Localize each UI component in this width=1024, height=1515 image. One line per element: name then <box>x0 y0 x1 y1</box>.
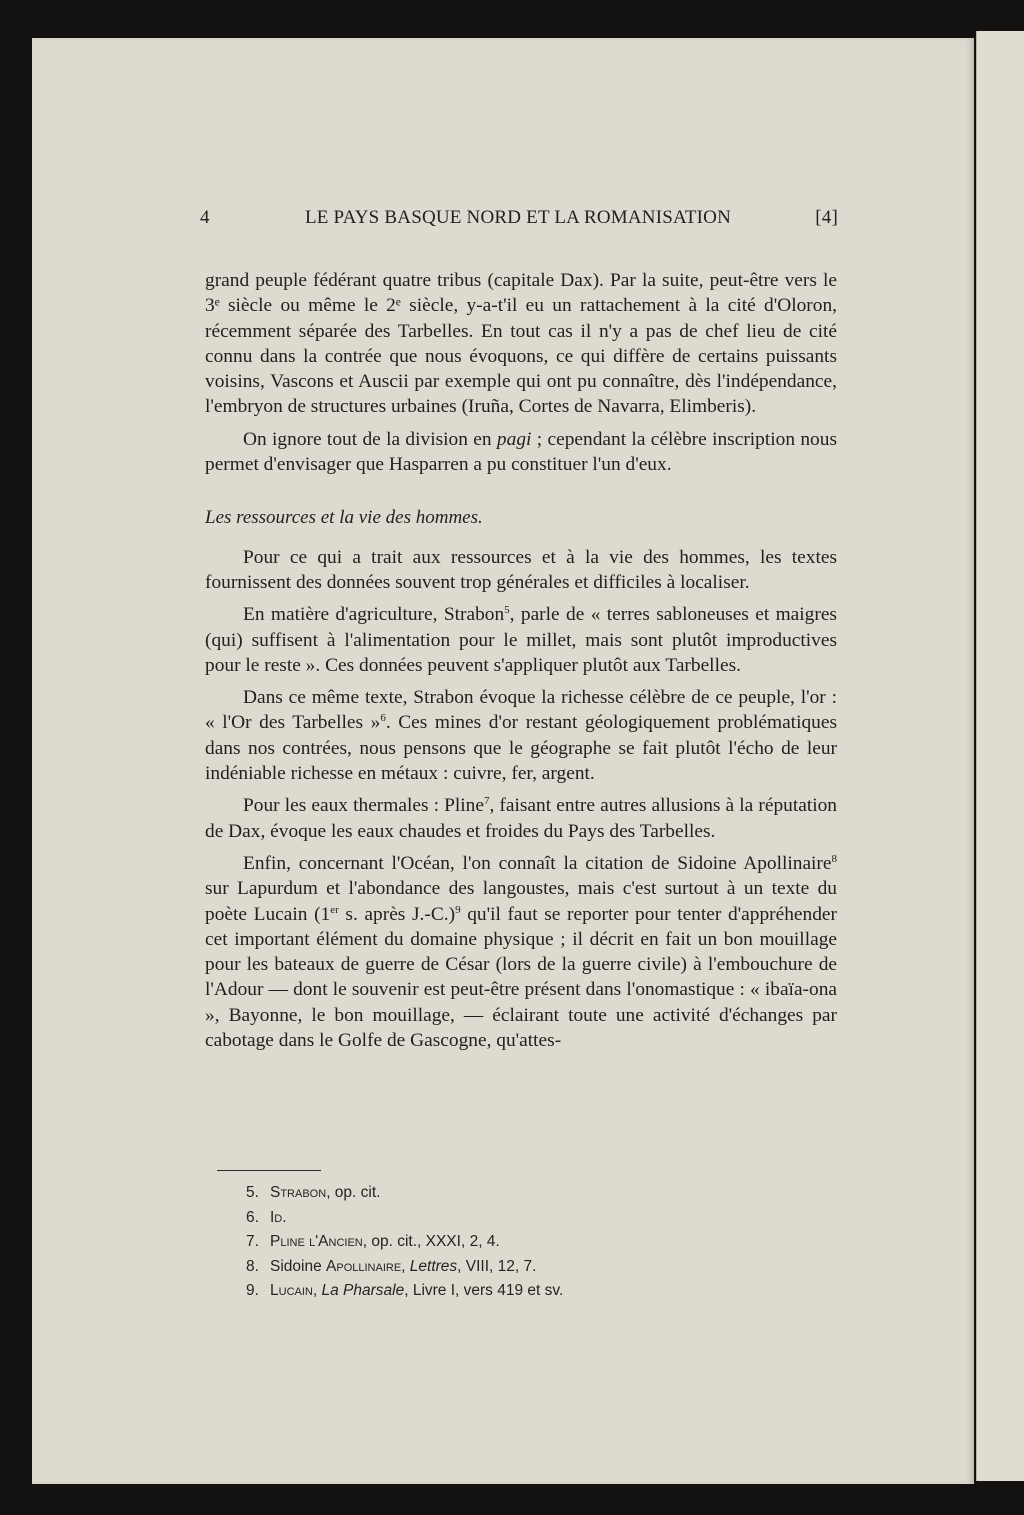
paragraph-3: Pour ce qui a trait aux ressources et à … <box>205 545 837 596</box>
running-title: LE PAYS BASQUE NORD ET LA ROMANISATION <box>305 207 731 229</box>
footnotes: 5. Strabon, op. cit. 6. Id. 7. Pline l'A… <box>246 1181 806 1304</box>
italic-term: pagi <box>497 429 531 450</box>
bracket-page-number: [4] <box>815 207 838 229</box>
footnote-9: 9. Lucain, La Pharsale, Livre I, vers 41… <box>246 1279 806 1304</box>
page-number: 4 <box>200 207 210 229</box>
footnote-7: 7. Pline l'Ancien, op. cit., XXXI, 2, 4. <box>246 1230 806 1255</box>
footnote-separator <box>217 1170 321 1171</box>
facing-page-edge <box>976 31 1024 1481</box>
paragraph-7: Enfin, concernant l'Océan, l'on connaît … <box>205 851 837 1053</box>
footnote-6: 6. Id. <box>246 1206 806 1231</box>
footnote-8: 8. Sidoine Apollinaire, Lettres, VIII, 1… <box>246 1255 806 1280</box>
paragraph-6: Pour les eaux thermales : Pline7, faisan… <box>205 793 837 844</box>
paragraph-1: grand peuple fédérant quatre tribus (cap… <box>205 268 837 420</box>
footnote-ref-8[interactable]: 8 <box>832 853 838 865</box>
paragraph-4: En matière d'agriculture, Strabon5, parl… <box>205 602 837 678</box>
paragraph-5: Dans ce même texte, Strabon évoque la ri… <box>205 685 837 786</box>
body-text: grand peuple fédérant quatre tribus (cap… <box>205 268 837 1053</box>
ordinal-superscript: er <box>330 904 339 916</box>
paragraph-2: On ignore tout de la division en pagi ; … <box>205 427 837 478</box>
footnote-5: 5. Strabon, op. cit. <box>246 1181 806 1206</box>
running-head: 4 LE PAYS BASQUE NORD ET LA ROMANISATION… <box>200 207 840 237</box>
section-heading: Les ressources et la vie des hommes. <box>205 505 837 530</box>
